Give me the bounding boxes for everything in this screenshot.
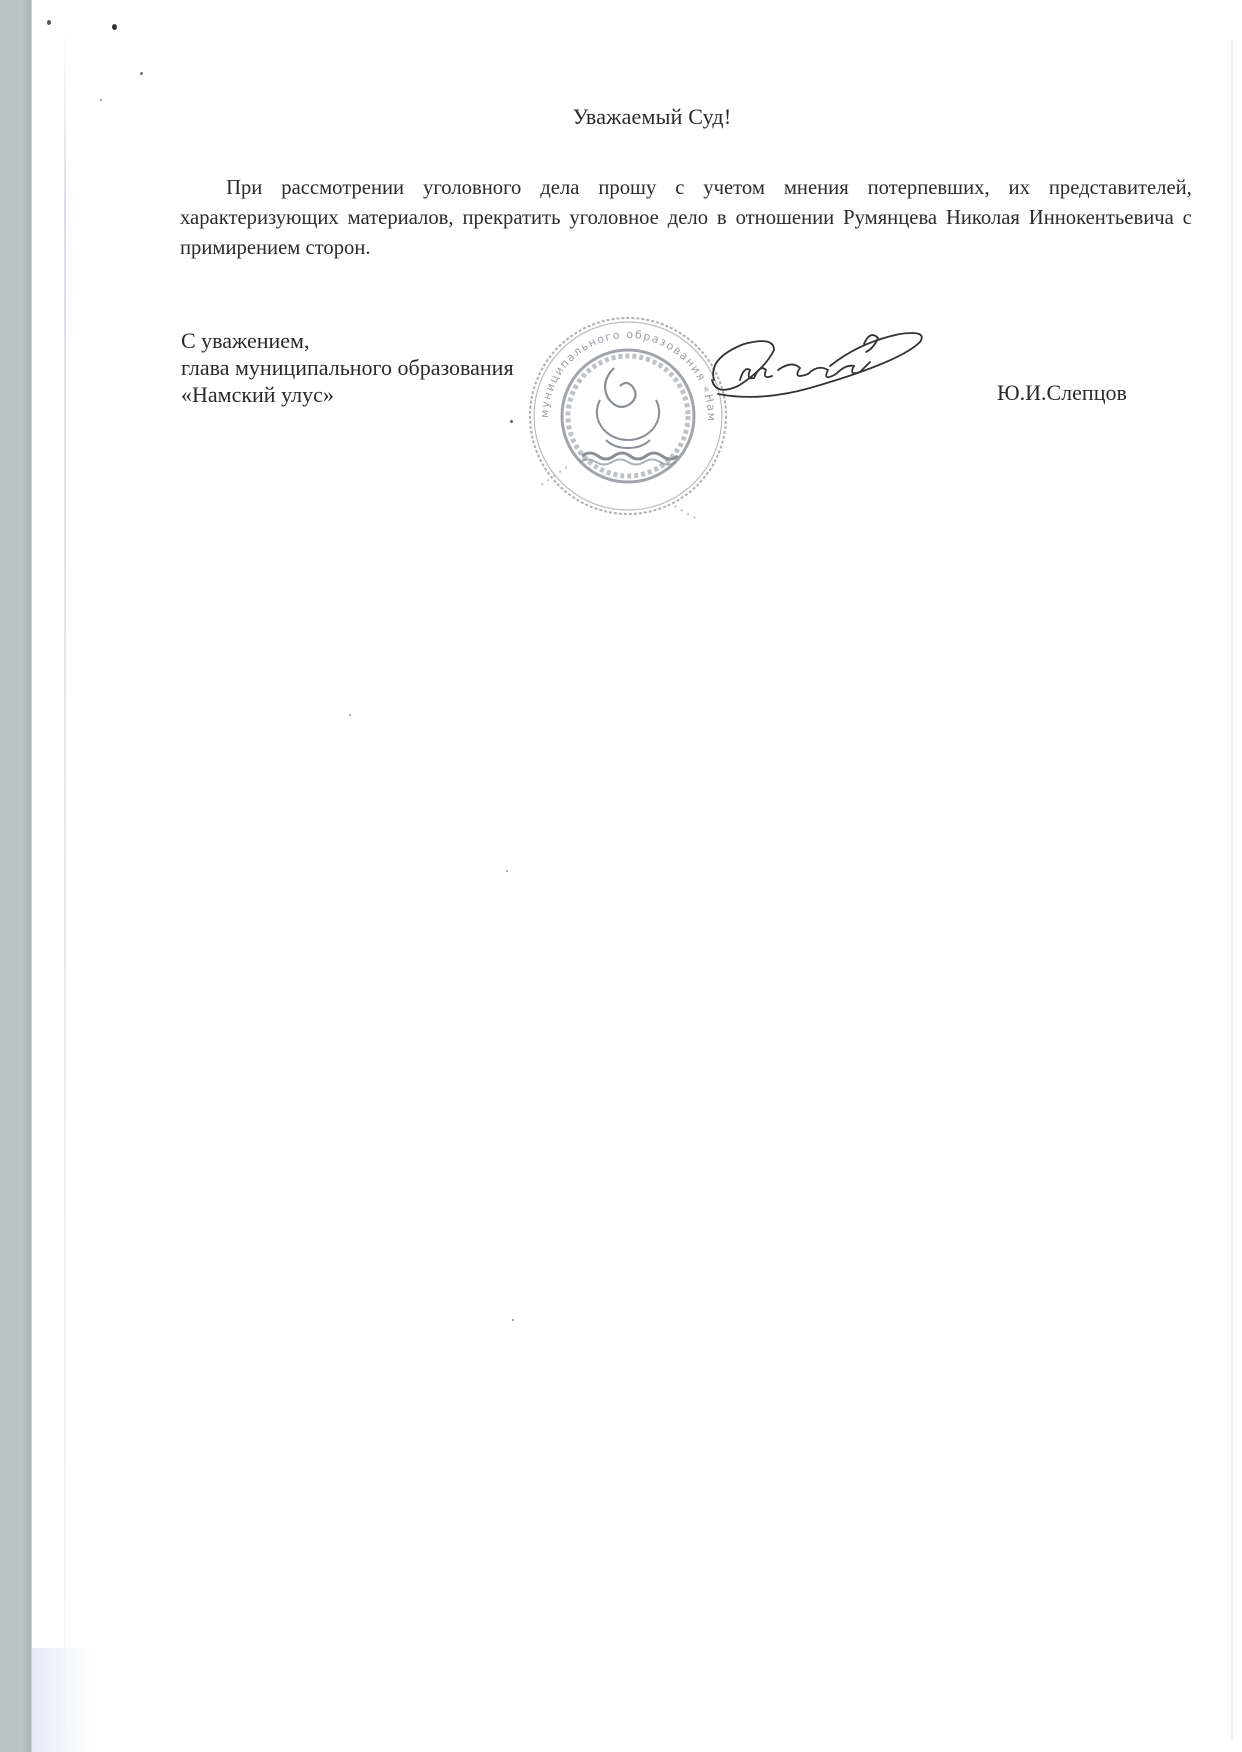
letter-closing: С уважением, глава муниципального образо…	[181, 327, 514, 408]
scan-speck	[100, 99, 102, 101]
scan-speck	[47, 20, 51, 25]
scan-fold-line-right	[1231, 40, 1233, 1740]
signer-name: Ю.И.Слепцов	[997, 380, 1127, 406]
scan-speck	[349, 714, 351, 716]
closing-regards: С уважением,	[181, 327, 514, 354]
scan-speck	[140, 72, 143, 75]
svg-text:• • • • •: • • • • •	[538, 463, 571, 490]
scan-shadow	[32, 1648, 92, 1752]
letter-greeting: Уважаемый Суд!	[0, 104, 1242, 130]
scan-edge-margin	[0, 0, 32, 1752]
handwritten-signature-icon	[700, 318, 930, 418]
scan-speck	[506, 870, 508, 872]
letter-body: При рассмотрении уголовного дела прошу с…	[180, 172, 1192, 262]
scan-speck	[510, 420, 513, 423]
closing-organization: «Намский улус»	[181, 381, 514, 408]
scan-speck	[112, 24, 117, 30]
svg-text:• • • •: • • • •	[671, 502, 698, 523]
scan-fold-line	[64, 30, 66, 1730]
scan-speck	[512, 1319, 514, 1321]
closing-position: глава муниципального образования	[181, 354, 514, 381]
